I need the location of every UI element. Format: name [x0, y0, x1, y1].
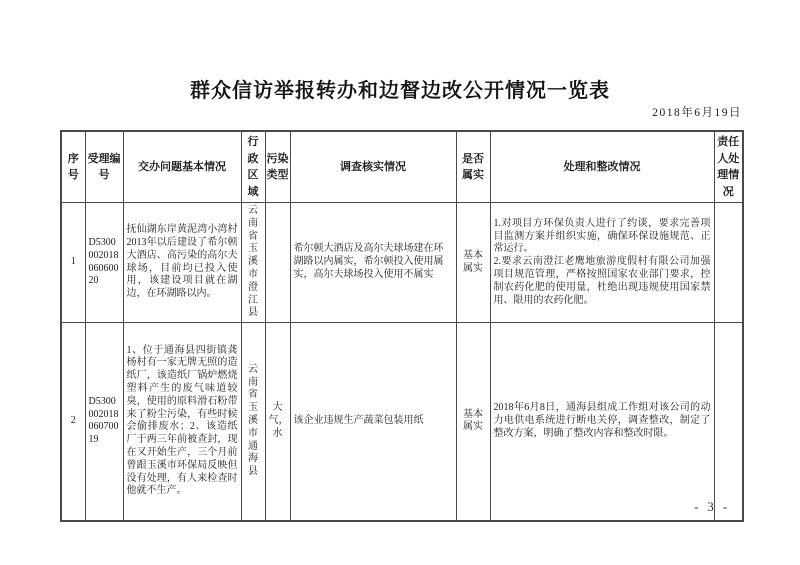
document-page: 群众信访举报转办和边督边改公开情况一览表 2018年6月19日 序号 受理编号 …: [0, 0, 800, 565]
cell-case-id: D530000201806060020: [85, 203, 123, 323]
page-title: 群众信访举报转办和边督边改公开情况一览表: [0, 74, 800, 103]
page-number: - 3 -: [694, 500, 730, 515]
document-date: 2018年6月19日: [652, 104, 742, 120]
table-row: 1 D530000201806060020 抚仙湖东岸黄泥湾小湾村2013年以后…: [61, 203, 743, 323]
cell-case-id: D530000201806070019: [85, 323, 123, 521]
cell-region: 云南省玉溪市澄江县: [241, 203, 265, 323]
col-header-verification: 调查核实情况: [290, 131, 456, 203]
table-row: 2 D530000201806070019 1、位于通海县四街镇龚杨村有一家无牌…: [61, 323, 743, 521]
col-header-problem: 交办问题基本情况: [123, 131, 241, 203]
col-header-handling: 处理和整改情况: [490, 131, 714, 203]
cell-responsible: [714, 323, 743, 521]
cell-region: 云南省玉溪市通海县: [241, 323, 265, 521]
col-header-case-id: 受理编号: [85, 131, 123, 203]
cell-handling: 1.对项目方环保负责人进行了约谈，要求完善项目监测方案并组织实施，确保环保设施规…: [490, 203, 714, 323]
cell-pollution-type: 大气，水: [265, 323, 290, 521]
cell-verification: 该企业违规生产蔬菜包装用纸: [290, 323, 456, 521]
cell-is-true: 基本属实: [456, 323, 490, 521]
cell-handling: 2018年6月8日，通海县组成工作组对该公司的动力电供电系统进行断电关停，调查整…: [490, 323, 714, 521]
col-header-seq: 序号: [61, 131, 85, 203]
cell-verification: 希尔顿大酒店及高尔夫球场建在环湖路以内属实，希尔顿投入使用属实，高尔夫球场投入使…: [290, 203, 456, 323]
cell-pollution-type: [265, 203, 290, 323]
col-header-pollution-type: 污染类型: [265, 131, 290, 203]
cell-problem: 1、位于通海县四街镇龚杨村有一家无牌无照的造纸厂，该造纸厂锅炉燃烧塑料产生的废气…: [123, 323, 241, 521]
col-header-is-true: 是否属实: [456, 131, 490, 203]
complaints-table: 序号 受理编号 交办问题基本情况 行政区域 污染类型 调查核实情况 是否属实 处…: [60, 130, 744, 522]
col-header-responsible: 责任人处理情况: [714, 131, 743, 203]
cell-responsible: [714, 203, 743, 323]
col-header-region: 行政区域: [241, 131, 265, 203]
table-header-row: 序号 受理编号 交办问题基本情况 行政区域 污染类型 调查核实情况 是否属实 处…: [61, 131, 743, 203]
cell-seq: 1: [61, 203, 85, 323]
cell-is-true: 基本属实: [456, 203, 490, 323]
cell-problem: 抚仙湖东岸黄泥湾小湾村2013年以后建设了希尔顿大酒店、高污染的高尔夫球场，目前…: [123, 203, 241, 323]
cell-seq: 2: [61, 323, 85, 521]
